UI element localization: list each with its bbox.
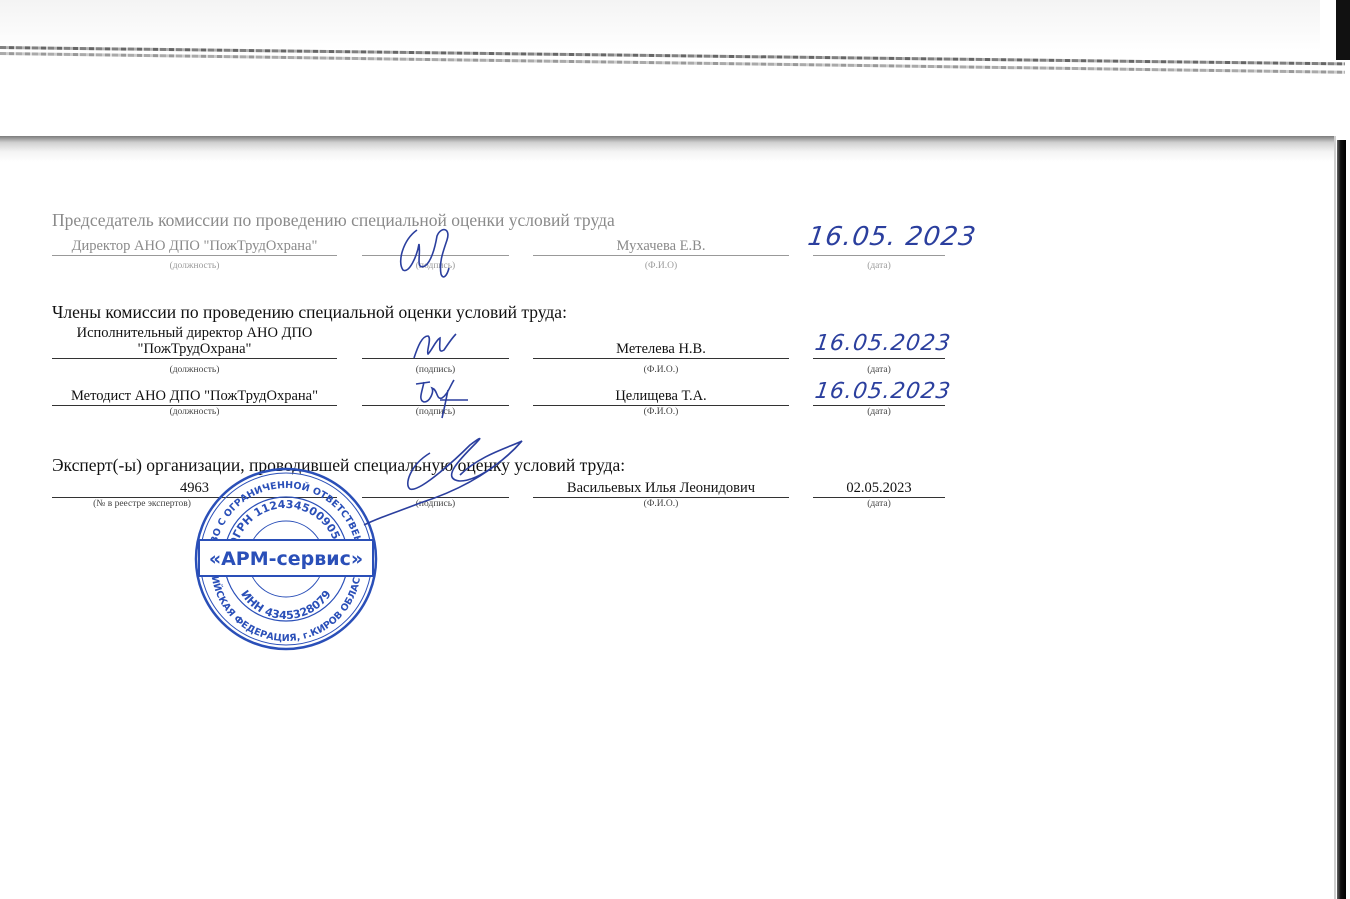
name-caption: (Ф.И.О): [533, 261, 789, 271]
scan-border: [1337, 140, 1346, 899]
members-heading: Члены комиссии по проведению специальной…: [52, 302, 567, 323]
chairman-date: 16.05. 2023: [806, 222, 978, 252]
date-caption: (дата): [813, 365, 945, 375]
member-1-name: Метелева Н.В.: [533, 341, 789, 359]
expert-date: 02.05.2023: [813, 480, 945, 498]
member-2-name: Целищева Т.А.: [533, 388, 789, 406]
chairman-name: Мухачева Е.В.: [533, 238, 789, 256]
signature-caption: (подпись): [362, 365, 509, 375]
previous-page-edge: [0, 0, 1320, 50]
member-2-position: Методист АНО ДПО "ПожТрудОхрана": [52, 388, 337, 406]
scan-border: [1336, 0, 1350, 60]
member-1-position-line2: "ПожТрудОхрана": [52, 341, 337, 359]
position-caption: (должность): [52, 365, 337, 375]
position-caption: (должность): [52, 407, 337, 417]
chairman-signature: [395, 222, 465, 282]
svg-text:ИНН 4345328079: ИНН 4345328079: [238, 588, 334, 622]
scan-border: [1334, 136, 1336, 899]
name-caption: (Ф.И.О.): [533, 407, 789, 417]
date-caption: (дата): [813, 499, 945, 509]
position-caption: (должность): [52, 261, 337, 271]
name-caption: (Ф.И.О.): [533, 499, 789, 509]
chairman-heading: Председатель комиссии по проведению спец…: [52, 210, 615, 231]
expert-name: Васильевых Илья Леонидович: [533, 480, 789, 498]
scan-shadow-band: [0, 136, 1335, 162]
date-caption: (дата): [813, 261, 945, 271]
name-caption: (Ф.И.О.): [533, 365, 789, 375]
chairman-position: Директор АНО ДПО "ПожТрудОхрана": [52, 238, 337, 256]
svg-text:«АРМ-сервис»: «АРМ-сервис»: [209, 548, 363, 570]
member-2-date: 16.05.2023: [813, 379, 952, 404]
date-caption: (дата): [813, 407, 945, 417]
organization-stamp: ОБЩЕСТВО С ОГРАНИЧЕННОЙ ОТВЕТСТВЕННОСТЬЮ…: [193, 466, 379, 652]
expert-signature: [360, 425, 540, 530]
member-1-date: 16.05.2023: [813, 331, 952, 356]
member-1-signature: [410, 330, 460, 362]
member-2-signature: [412, 378, 472, 420]
member-1-position-line1: Исполнительный директор АНО ДПО: [52, 325, 337, 342]
